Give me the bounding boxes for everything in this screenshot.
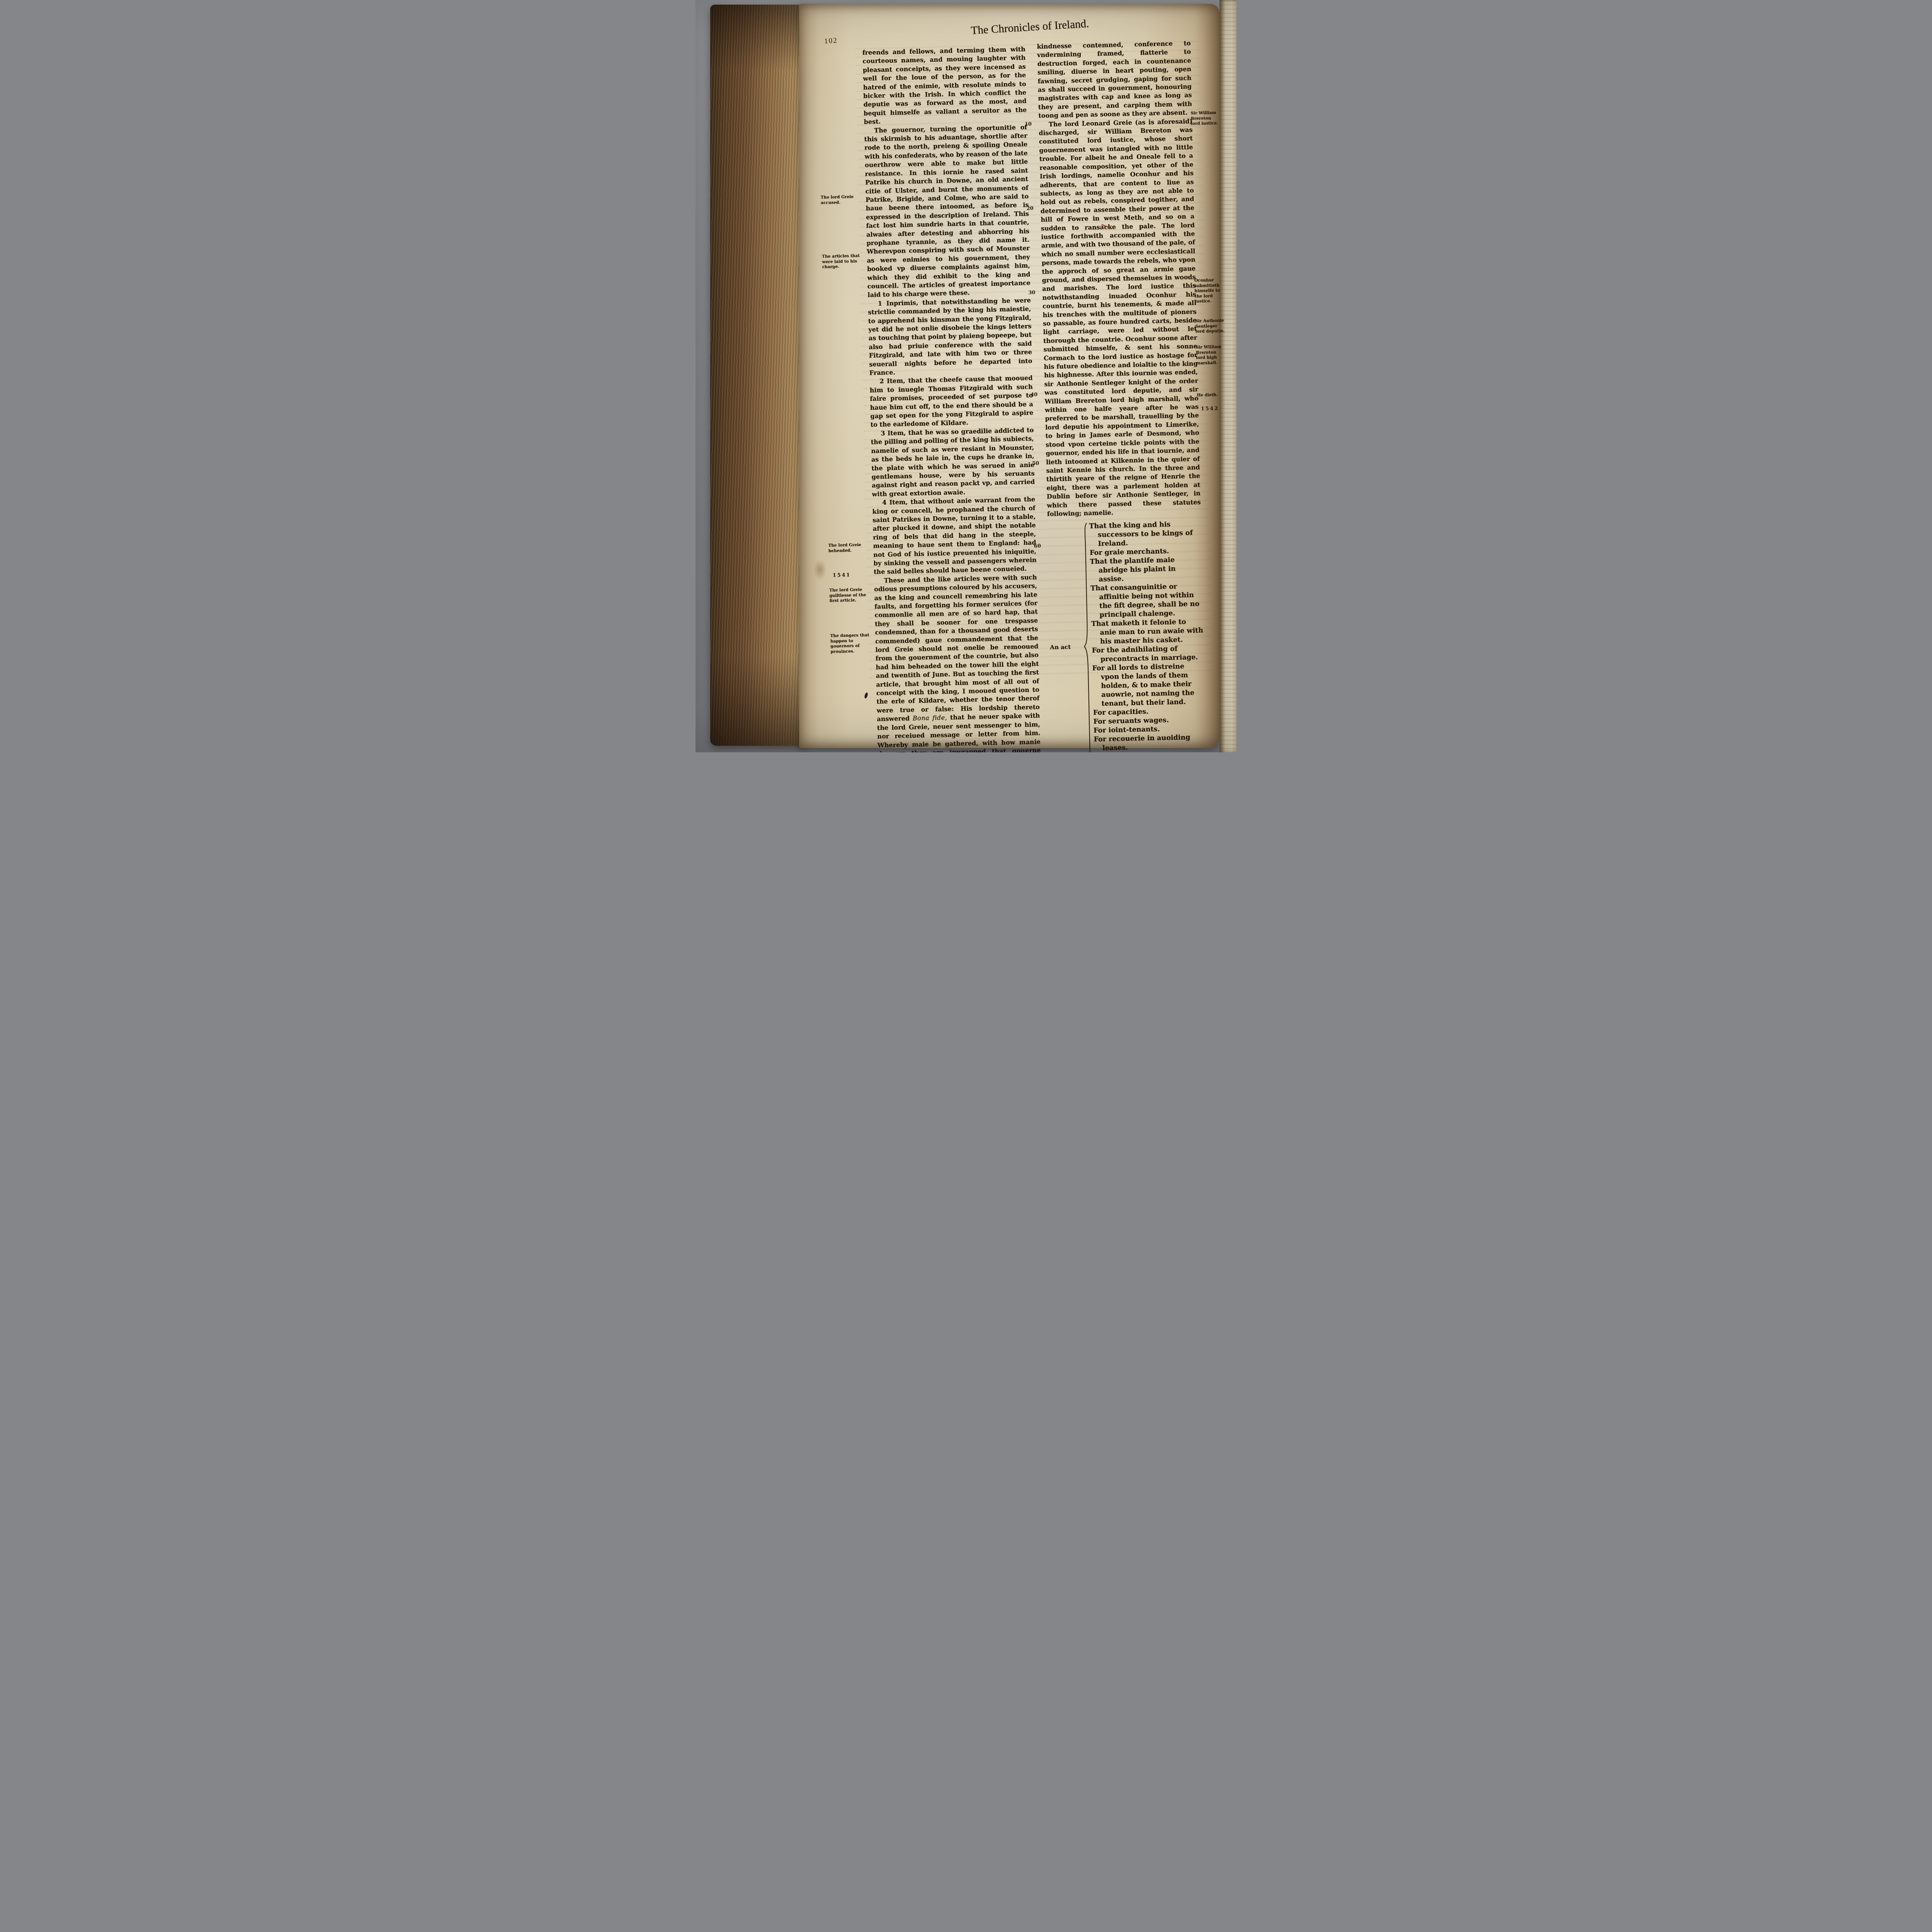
right-paragraphs: kindnesse contemned, conference to vnder… bbox=[1037, 39, 1201, 519]
statute-item: That maketh it felonie to anie man to ru… bbox=[1091, 617, 1204, 646]
statute-item: For recouerie in auoiding leases. bbox=[1094, 733, 1206, 752]
gutter-line-number: 40 bbox=[1031, 392, 1042, 398]
paper-stain bbox=[813, 560, 827, 580]
gutter-line-number: 20 bbox=[1027, 206, 1038, 212]
paragraph: 4 Item, that without anie warrant from t… bbox=[872, 495, 1037, 577]
margin-note: The dangers that happen to gouernors of … bbox=[830, 633, 871, 655]
running-title: The Chronicles of Ireland. bbox=[947, 16, 1113, 39]
paragraph: The gouernor, turning the oportunitie of… bbox=[864, 123, 1031, 299]
paragraph: 1 Inprimis, that notwithstanding he were… bbox=[868, 296, 1032, 378]
statute-item: That the plantife maie abridge his plain… bbox=[1090, 555, 1202, 584]
paragraph: The lord Leonard Greie (as is aforesaid)… bbox=[1039, 117, 1201, 519]
page-content: 102 The Chronicles of Ireland. The lord … bbox=[696, 0, 1236, 752]
gutter-line-number: 10 bbox=[1025, 121, 1036, 128]
margin-note: He dieth. bbox=[1197, 392, 1226, 398]
act-label: An act bbox=[1050, 643, 1071, 652]
statute-item: That the king and his successors to be k… bbox=[1089, 520, 1201, 549]
margin-note: The lord Greie beheaded. bbox=[828, 543, 869, 554]
margin-note: The lord Greie guiltlesse of the first a… bbox=[829, 587, 870, 604]
margin-year-note: 1541 bbox=[829, 572, 869, 578]
margin-note: Sir Anthonie Sentleger lord deputie. bbox=[1195, 318, 1225, 334]
statute-item: For all lords to distreine vpon the land… bbox=[1092, 662, 1205, 709]
margin-note: The articles that were laid to his charg… bbox=[822, 253, 862, 270]
margin-note: Sir William Brereton lord high marshall. bbox=[1196, 344, 1226, 366]
photo-background: 102 The Chronicles of Ireland. The lord … bbox=[696, 0, 1236, 752]
gutter-line-number: 50 bbox=[1032, 461, 1044, 467]
left-column: freends and fellows, and terming them wi… bbox=[862, 45, 1039, 693]
statute-item: For the adnihilating of precontracts in … bbox=[1092, 644, 1204, 664]
paragraph: These and the like articles were with su… bbox=[874, 573, 1041, 752]
statutes-block: An act That the king and his successors … bbox=[1081, 520, 1206, 752]
margin-note: Oconhur submitteth himselfe to the lord … bbox=[1194, 277, 1224, 304]
paragraph: 3 Item, that he was so graedilie addicte… bbox=[871, 426, 1035, 498]
statute-item: That consanguinitie or affinitie being n… bbox=[1090, 582, 1203, 620]
margin-year-note: 1542 bbox=[1197, 405, 1226, 411]
line-numbers: 102030405060 bbox=[696, 0, 1229, 6]
paragraph: freends and fellows, and terming them wi… bbox=[862, 45, 1027, 126]
right-column: kindnesse contemned, conference to vnder… bbox=[1037, 39, 1205, 695]
gutter-line-number: 30 bbox=[1028, 290, 1040, 296]
paragraph: kindnesse contemned, conference to vnder… bbox=[1037, 39, 1192, 120]
gutter-line-number: 60 bbox=[1034, 543, 1046, 549]
margin-note: Sir William Brereton lord iustice. bbox=[1190, 111, 1220, 127]
statutes-list: That the king and his successors to be k… bbox=[1089, 520, 1206, 752]
margin-note: The lord Greie accused. bbox=[821, 194, 861, 206]
paragraph: 2 Item, that the cheefe cause that mooue… bbox=[869, 374, 1034, 430]
